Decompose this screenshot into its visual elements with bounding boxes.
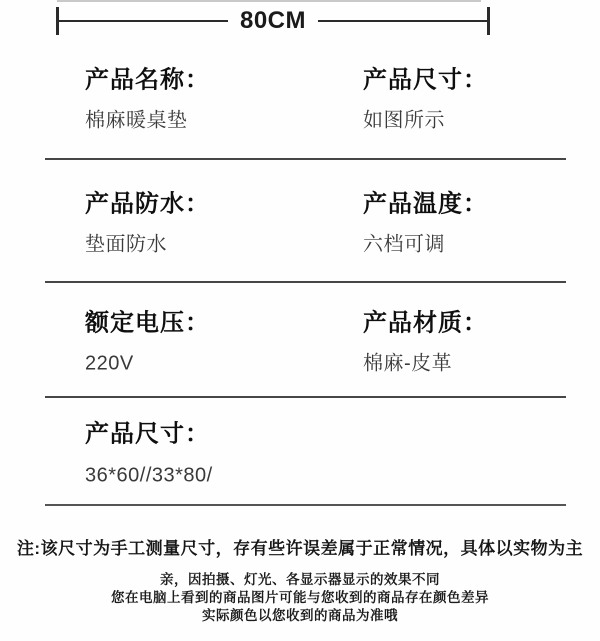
spec-row-1: 产品名称： 棉麻暖桌垫 产品尺寸： 如图所示 [45,35,566,160]
spec-value: 棉麻-皮革 [363,352,488,376]
spec-material: 产品材质： 棉麻-皮革 [363,309,488,376]
spec-row-4: 产品尺寸： 36*60//33*80/ [45,398,566,506]
dimension-ruler: 80CM [56,7,490,35]
spec-product-name: 产品名称： 棉麻暖桌垫 [85,66,210,133]
spec-dimensions: 产品尺寸： 36*60//33*80/ [85,420,213,487]
disclaimer-line-2: 您在电脑上看到的商品图片可能与您收到的商品存在颜色差异 [0,589,600,607]
spec-label: 产品温度： [363,190,488,219]
top-photo-edge [57,0,481,2]
spec-label: 产品防水： [85,190,210,219]
spec-value: 垫面防水 [85,233,210,257]
ruler-left-segment [59,20,228,22]
measurement-note: 注:该尺寸为手工测量尺寸，存有些许误差属于正常情况，具体以实物为主 [0,537,600,561]
spec-value: 六档可调 [363,233,488,257]
disclaimer-line-3: 实际颜色以您收到的商品为准哦 [0,607,600,625]
ruler-measurement-label: 80CM [240,7,306,35]
spec-label: 产品名称： [85,66,210,95]
spec-row-3: 额定电压： 220V 产品材质： 棉麻-皮革 [45,283,566,398]
spec-waterproof: 产品防水： 垫面防水 [85,190,210,257]
spec-table: 产品名称： 棉麻暖桌垫 产品尺寸： 如图所示 产品防水： 垫面防水 产品温度： … [45,35,566,506]
spec-product-size: 产品尺寸： 如图所示 [363,66,488,133]
spec-temperature: 产品温度： 六档可调 [363,190,488,257]
footnote: 注:该尺寸为手工测量尺寸，存有些许误差属于正常情况，具体以实物为主 亲，因拍摄、… [0,508,600,625]
disclaimer-line-1: 亲，因拍摄、灯光、各显示器显示的效果不同 [0,571,600,589]
spec-row-2: 产品防水： 垫面防水 产品温度： 六档可调 [45,160,566,283]
spec-value: 棉麻暖桌垫 [85,109,210,133]
ruler-right-tick [487,7,490,35]
spec-voltage: 额定电压： 220V [85,309,210,376]
spec-label: 产品材质： [363,309,488,338]
spec-value: 36*60//33*80/ [85,463,213,487]
spec-value: 220V [85,352,210,376]
spec-value: 如图所示 [363,109,488,133]
color-disclaimer: 亲，因拍摄、灯光、各显示器显示的效果不同 您在电脑上看到的商品图片可能与您收到的… [0,571,600,625]
spec-label: 额定电压： [85,309,210,338]
spec-label: 产品尺寸： [85,420,213,449]
ruler-right-segment [318,20,487,22]
spec-label: 产品尺寸： [363,66,488,95]
